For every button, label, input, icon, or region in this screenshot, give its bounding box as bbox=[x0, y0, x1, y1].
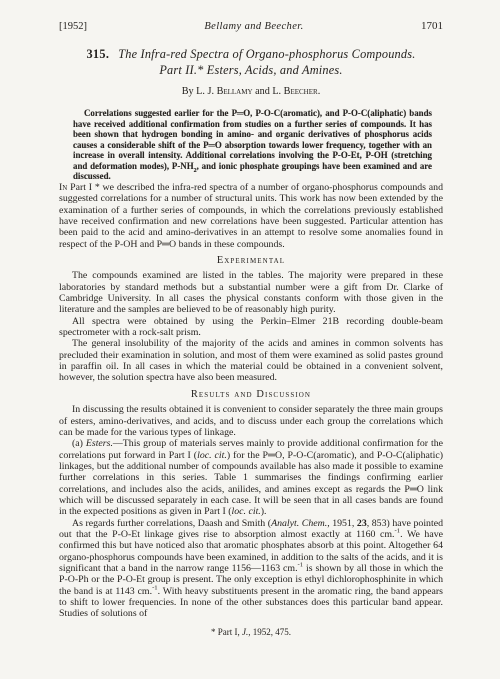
section-heading-results: Results and Discussion bbox=[59, 389, 443, 400]
journal-page: [1952] Bellamy and Beecher. 1701 315.The… bbox=[0, 0, 500, 679]
page-header: [1952] Bellamy and Beecher. 1701 bbox=[59, 20, 443, 32]
header-page-number: 1701 bbox=[421, 20, 443, 32]
header-running-title: Bellamy and Beecher. bbox=[204, 21, 303, 32]
abstract: Correlations suggested earlier for the P… bbox=[73, 108, 432, 182]
experimental-paragraph-2: All spectra were obtained by using the P… bbox=[59, 316, 443, 339]
article-title-block: 315.The Infra-red Spectra of Organo-phos… bbox=[59, 47, 443, 78]
article-number: 315. bbox=[86, 47, 109, 61]
section-heading-experimental: Experimental bbox=[59, 255, 443, 266]
article-title-line2: Part II.* Esters, Acids, and Amines. bbox=[59, 63, 443, 79]
intro-paragraph: In Part I * we described the infra-red s… bbox=[59, 182, 443, 250]
results-paragraph-3: As regards further correlations, Daash a… bbox=[59, 518, 443, 620]
results-paragraph-1: In discussing the results obtained it is… bbox=[59, 404, 443, 438]
experimental-paragraph-3: The general insolubility of the majority… bbox=[59, 338, 443, 383]
experimental-paragraph-1: The compounds examined are listed in the… bbox=[59, 270, 443, 315]
header-year: [1952] bbox=[59, 21, 87, 32]
byline: By L. J. Bellamy and L. Beecher. bbox=[59, 86, 443, 97]
results-paragraph-2: (a) Esters.—This group of materials serv… bbox=[59, 438, 443, 517]
footnote: * Part I, J., 1952, 475. bbox=[59, 627, 443, 637]
article-title-line1: 315.The Infra-red Spectra of Organo-phos… bbox=[59, 47, 443, 63]
article-title-text: The Infra-red Spectra of Organo-phosphor… bbox=[118, 47, 415, 61]
